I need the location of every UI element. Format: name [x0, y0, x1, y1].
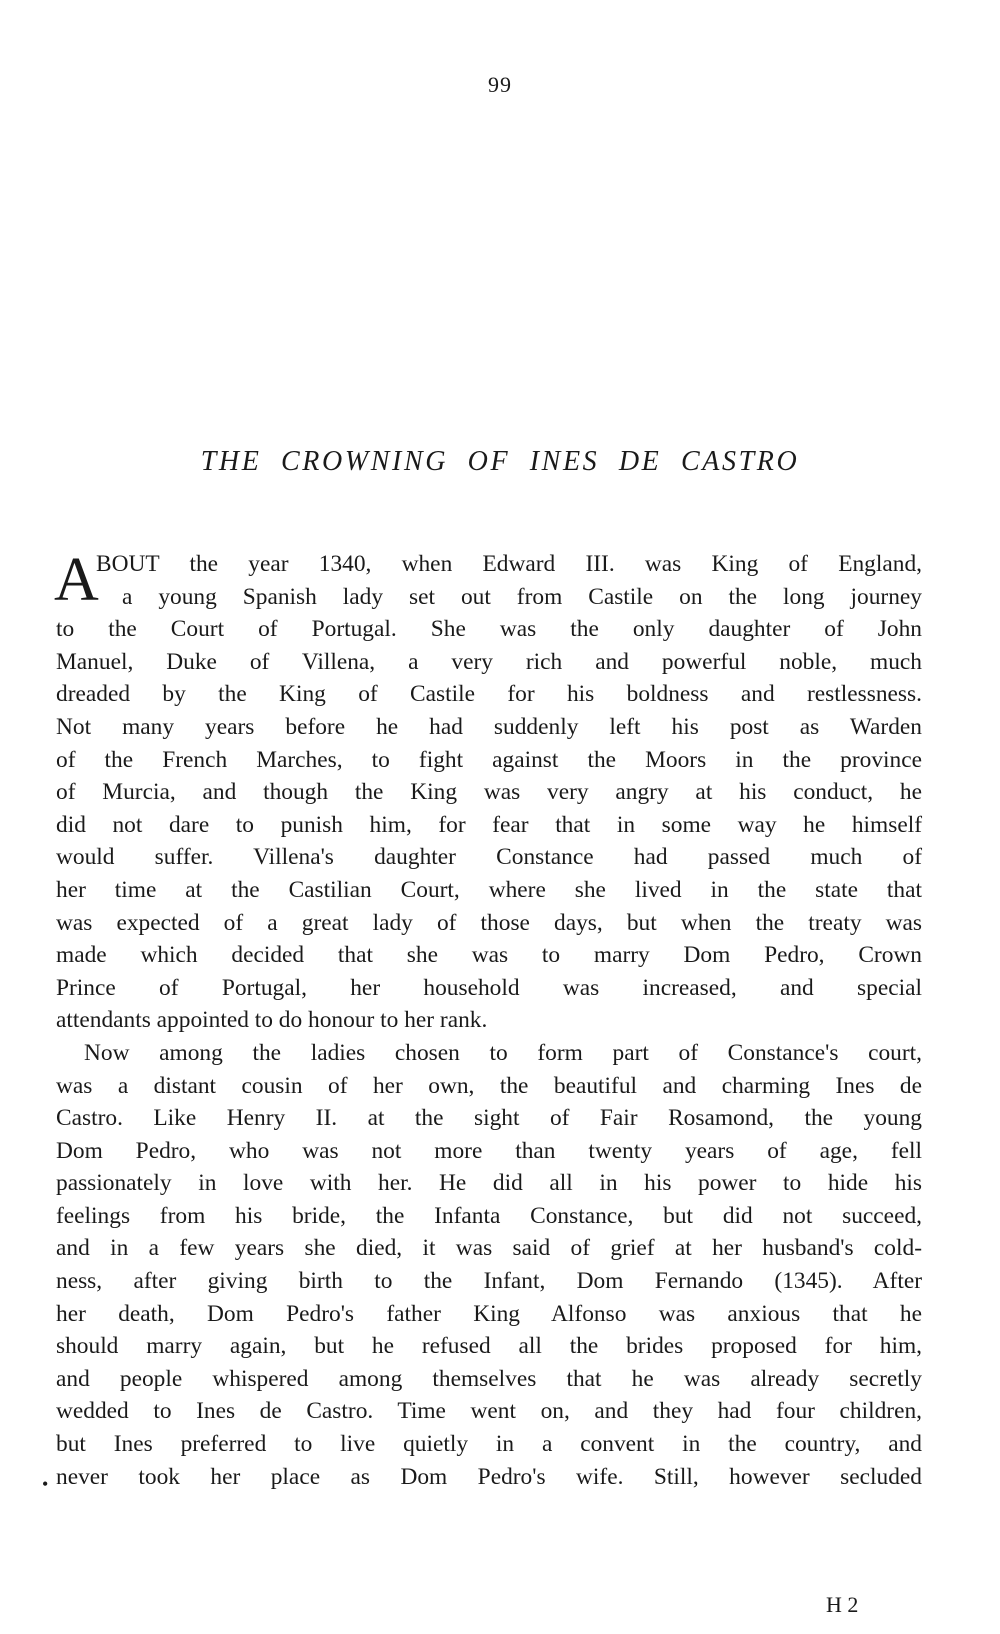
text-line: but Ines preferred to live quietly in a …: [56, 1428, 922, 1461]
text-line: was expected of a great lady of those da…: [56, 907, 922, 940]
text-line: made which decided that she was to marry…: [56, 939, 922, 972]
text-line: would suffer. Villena's daughter Constan…: [56, 841, 922, 874]
signature-mark: H 2: [826, 1592, 858, 1618]
text-line: and people whispered among themselves th…: [56, 1363, 922, 1396]
text-line: to the Court of Portugal. She was the on…: [56, 613, 922, 646]
chapter-title: THE CROWNING OF INES DE CASTRO: [0, 446, 1000, 478]
text-line: passionately in love with her. He did al…: [56, 1167, 922, 1200]
text-line: ness, after giving birth to the Infant, …: [56, 1265, 922, 1298]
text-line: her death, Dom Pedro's father King Alfon…: [56, 1298, 922, 1331]
text-line: Castro. Like Henry II. at the sight of F…: [56, 1102, 922, 1135]
text-line: ABOUT the year 1340, when Edward III. wa…: [56, 548, 922, 581]
text-line: wedded to Ines de Castro. Time went on, …: [56, 1395, 922, 1428]
text-line: Now among the ladies chosen to form part…: [56, 1037, 922, 1070]
body-text: ABOUT the year 1340, when Edward III. wa…: [56, 548, 922, 1493]
stray-ink-mark: •: [42, 1474, 48, 1495]
text-line: feelings from his bride, the Infanta Con…: [56, 1200, 922, 1233]
paragraph-2: Now among the ladies chosen to form part…: [56, 1037, 922, 1493]
text-line: Prince of Portugal, her household was in…: [56, 972, 922, 1005]
text-line: dreaded by the King of Castile for his b…: [56, 678, 922, 711]
paragraph-1: ABOUT the year 1340, when Edward III. wa…: [56, 548, 922, 1037]
drop-cap: A: [54, 552, 99, 608]
text-line: Not many years before he had suddenly le…: [56, 711, 922, 744]
text-line: of the French Marches, to fight against …: [56, 744, 922, 777]
text-line: did not dare to punish him, for fear tha…: [56, 809, 922, 842]
text-line: Manuel, Duke of Villena, a very rich and…: [56, 646, 922, 679]
page-number: 99: [0, 72, 1000, 98]
text-line: never took her place as Dom Pedro's wife…: [56, 1461, 922, 1494]
text-line: a young Spanish lady set out from Castil…: [56, 581, 922, 614]
text-line: Dom Pedro, who was not more than twenty …: [56, 1135, 922, 1168]
text-line: and in a few years she died, it was said…: [56, 1232, 922, 1265]
text-line: of Murcia, and though the King was very …: [56, 776, 922, 809]
text-line: attendants appointed to do honour to her…: [56, 1004, 922, 1037]
text-line: should marry again, but he refused all t…: [56, 1330, 922, 1363]
text-line: her time at the Castilian Court, where s…: [56, 874, 922, 907]
text-line: was a distant cousin of her own, the bea…: [56, 1070, 922, 1103]
text-line-content: BOUT the year 1340, when Edward III. was…: [96, 551, 922, 577]
